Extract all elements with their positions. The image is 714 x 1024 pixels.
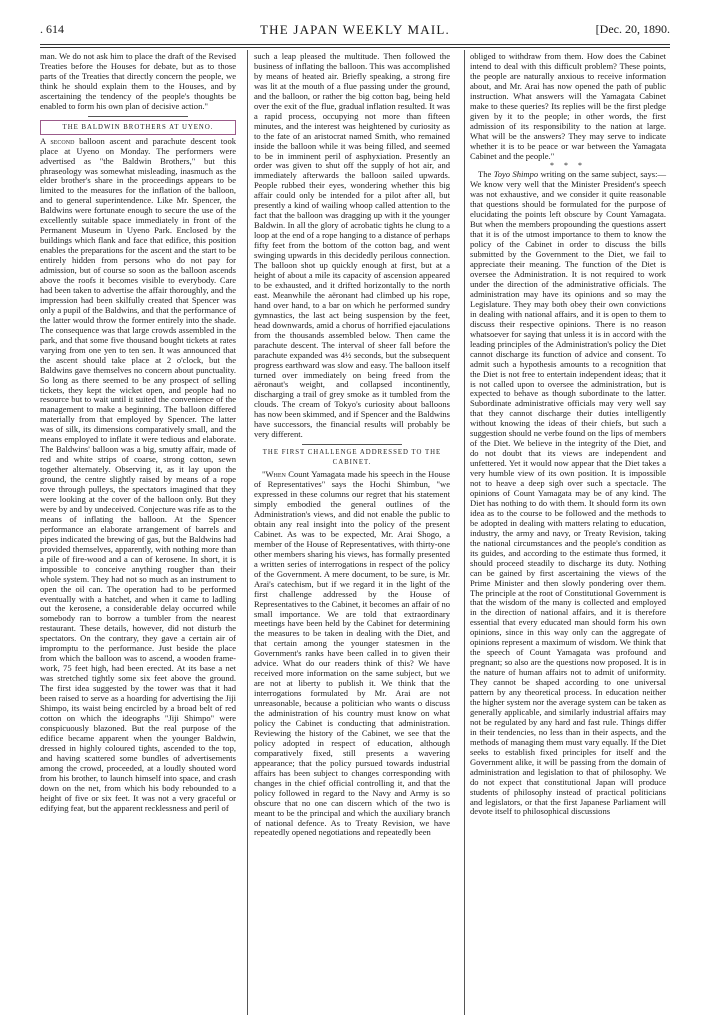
article-text: writing on the same subject, says:—We kn…: [470, 169, 666, 816]
article-body-baldwin: A second balloon ascent and parachute de…: [40, 137, 236, 814]
header-rule-thick: [40, 44, 670, 45]
column-divider-1: [247, 50, 248, 1015]
column-divider-2: [464, 50, 465, 1015]
section-divider: [88, 116, 188, 117]
article-text: balloon ascent and parachute descent too…: [40, 136, 236, 813]
section-divider: [302, 444, 402, 445]
masthead-title: THE JAPAN WEEKLY MAIL.: [40, 22, 670, 38]
lead-word: A second: [40, 136, 74, 146]
header-rule-thin: [40, 47, 670, 48]
page-header: . 614 THE JAPAN WEEKLY MAIL. [Dec. 20, 1…: [40, 22, 670, 42]
column-right: obliged to withdraw from them. How does …: [470, 52, 666, 817]
newspaper-name: Toyo Shimpo: [494, 169, 538, 179]
continued-paragraph: man. We do not ask him to place the draf…: [40, 52, 236, 112]
article-text: Count Yamagata made his speech in the Ho…: [254, 469, 450, 837]
lead-word: "When: [262, 469, 286, 479]
article-body-first-challenge: "When Count Yamagata made his speech in …: [254, 470, 450, 838]
article-heading-baldwin-brothers[interactable]: THE BALDWIN BROTHERS AT UYENO.: [40, 120, 236, 135]
issue-date: [Dec. 20, 1890.: [596, 22, 670, 37]
article-body-baldwin-continued: such a leap pleased the multitude. Then …: [254, 52, 450, 440]
article-body-toyo-shimpo: The Toyo Shimpo writing on the same subj…: [470, 170, 666, 817]
article-body-first-challenge-continued: obliged to withdraw from them. How does …: [470, 52, 666, 161]
article-heading-first-challenge: THE FIRST CHALLENGE ADDRESSED TO THE CAB…: [254, 448, 450, 468]
column-middle: such a leap pleased the multitude. Then …: [254, 52, 450, 838]
column-left: man. We do not ask him to place the draf…: [40, 52, 236, 813]
